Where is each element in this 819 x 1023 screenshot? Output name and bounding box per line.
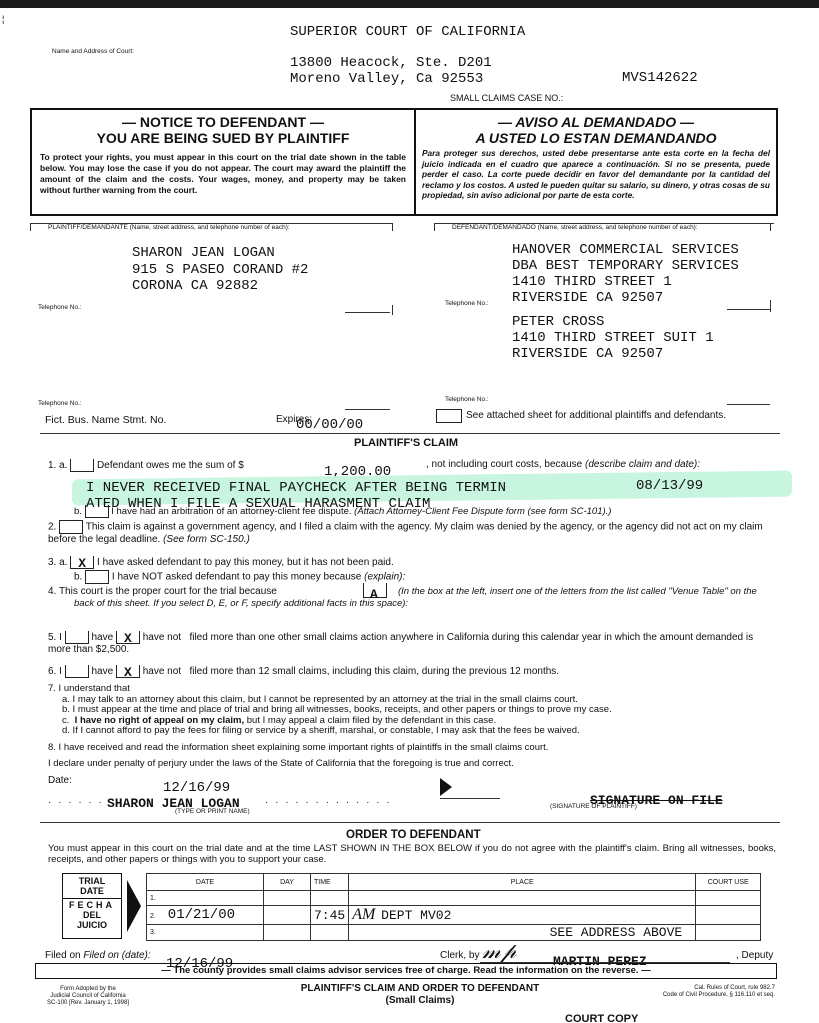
defendant-address2a: 1410 THIRD STREET SUIT 1 xyxy=(512,330,739,346)
claim-item-1a: 1. a. Defendant owes me the sum of $ xyxy=(48,459,244,472)
trial-arrow-icon xyxy=(127,880,141,932)
trial-place-row3: SEE ADDRESS ABOVE xyxy=(550,925,693,940)
item3b-checkbox[interactable] xyxy=(85,570,109,584)
defendant-address1a: 1410 THIRD STREET 1 xyxy=(512,274,739,290)
defendant-info: HANOVER COMMERCIAL SERVICES DBA BEST TEM… xyxy=(512,242,739,362)
plaintiff-info: SHARON JEAN LOGAN 915 S PASEO CORAND #2 … xyxy=(132,245,308,295)
claim-item-8: 8. I have received and read the informat… xyxy=(48,742,548,754)
order-body: You must appear in this court on the tri… xyxy=(48,843,776,865)
notice-en-title2: YOU ARE BEING SUED BY PLAINTIFF xyxy=(32,130,414,146)
col-place: PLACE xyxy=(349,874,696,891)
court-address-line2: Moreno Valley, Ca 92553 xyxy=(290,71,492,87)
item2-checkbox[interactable] xyxy=(59,520,83,534)
claim-item-1a-suffix: , not including court costs, because (de… xyxy=(426,459,700,471)
item6-have-not-checkbox[interactable]: X xyxy=(116,665,140,678)
signature-arrow-icon xyxy=(440,778,452,796)
notice-english-box: — NOTICE TO DEFENDANT — YOU ARE BEING SU… xyxy=(30,108,416,216)
defendant-name2: PETER CROSS xyxy=(512,314,739,330)
clerk-initials: 𝓂𝓅 xyxy=(482,938,516,964)
signature-value[interactable]: SIGNATURE ON FILE xyxy=(590,793,723,808)
claim-item-1b: b. I have had an arbitration of an attor… xyxy=(74,505,611,518)
notice-es-title1: — AVISO AL DEMANDADO — xyxy=(416,114,776,130)
item5-have-not-checkbox[interactable]: X xyxy=(116,631,140,644)
cursor-mark: ¦ xyxy=(2,14,4,24)
item3a-mark: X xyxy=(78,558,86,570)
defendant-telephone-label: Telephone No.: xyxy=(445,300,489,307)
top-bar xyxy=(0,0,819,8)
plaintiff-telephone-label: Telephone No.: xyxy=(38,304,82,311)
plaintiff-address1: 915 S PASEO CORAND #2 xyxy=(132,262,308,279)
defendant-name1: HANOVER COMMERCIAL SERVICES xyxy=(512,242,739,258)
defendant-address2b: RIVERSIDE CA 92507 xyxy=(512,346,739,362)
defendant-label: DEFENDANT/DEMANDADO (Name, street addres… xyxy=(452,224,698,231)
item1a-checkbox[interactable] xyxy=(70,459,94,472)
claim-item-3b: b. I have NOT asked defendant to pay thi… xyxy=(74,570,405,584)
form-adopted: Form Adopted by the Judicial Council of … xyxy=(38,986,138,1007)
trial-row-2: 2. 01/21/00 7:45 AM DEPT MV02 xyxy=(147,906,761,925)
claim-description-line1: I NEVER RECEIVED FINAL PAYCHECK AFTER BE… xyxy=(86,480,506,496)
trial-date-value: 01/21/00 xyxy=(168,907,235,923)
fict-bus-label: Fict. Bus. Name Stmt. No. xyxy=(45,414,166,426)
trial-place-value: DEPT MV02 xyxy=(381,908,451,923)
filed-label: Filed on Filed on (date): xyxy=(45,950,151,961)
item1b-checkbox[interactable] xyxy=(85,505,109,518)
trial-ampm: AM xyxy=(352,906,375,923)
trial-time-value: 7:45 xyxy=(314,908,345,923)
notice-en-title1: — NOTICE TO DEFENDANT — xyxy=(32,114,414,130)
notice-es-title2: A USTED LO ESTAN DEMANDANDO xyxy=(416,130,776,146)
court-address: 13800 Heacock, Ste. D201 Moreno Valley, … xyxy=(290,55,492,87)
deputy-label: , Deputy xyxy=(736,950,773,961)
item3a-checkbox[interactable]: X xyxy=(70,556,94,569)
plaintiff-address2: CORONA CA 92882 xyxy=(132,278,308,295)
col-court-use: COURT USE xyxy=(696,874,761,891)
rules-citation: Cal. Rules of Court, rule 982.7 Code of … xyxy=(620,985,775,999)
defendant-address1b: RIVERSIDE CA 92507 xyxy=(512,290,739,306)
order-title: ORDER TO DEFENDANT xyxy=(346,829,481,841)
claim-description-date: 08/13/99 xyxy=(636,478,703,494)
claim-title: PLAINTIFF'S CLAIM xyxy=(354,437,458,449)
claim-item-4-instructions: (In the box at the left, insert one of t… xyxy=(74,586,774,610)
item6-have-checkbox[interactable] xyxy=(65,665,89,678)
defendant-telephone-label-2: Telephone No.: xyxy=(445,396,489,403)
court-address-line1: 13800 Heacock, Ste. D201 xyxy=(290,55,492,71)
claim-item-3a: 3. a. X I have asked defendant to pay th… xyxy=(48,556,394,569)
printed-name-dots: · · · · · · xyxy=(48,797,104,808)
claim-item-6: 6. I have X have not filed more than 12 … xyxy=(48,665,559,678)
attached-sheet-checkbox[interactable] xyxy=(436,409,462,423)
plaintiff-telephone-label-2: Telephone No.: xyxy=(38,400,82,407)
expires-value: 00/00/00 xyxy=(296,417,363,433)
trial-date-label-box: TRIAL DATE FECHA DEL JUICIO xyxy=(62,873,122,939)
claim-item-7: 7. I understand that a. I may talk to an… xyxy=(48,684,612,737)
attached-sheet-text: See attached sheet for additional plaint… xyxy=(466,410,726,421)
col-date: DATE xyxy=(147,874,264,891)
printed-name-label: (TYPE OR PRINT NAME) xyxy=(175,808,250,815)
trial-row-1: 1. xyxy=(147,891,761,906)
clerk-label: Clerk, by xyxy=(440,950,479,961)
advisor-notice: — The county provides small claims advis… xyxy=(35,963,777,979)
court-copy-label: COURT COPY xyxy=(565,1013,638,1023)
item5-have-checkbox[interactable] xyxy=(65,631,89,644)
claim-item-5: 5. I have X have not filed more than one… xyxy=(48,631,778,656)
form-title: PLAINTIFF'S CLAIM AND ORDER TO DEFENDANT… xyxy=(270,983,570,1007)
plaintiff-name: SHARON JEAN LOGAN xyxy=(132,245,308,262)
notice-en-body: To protect your rights, you must appear … xyxy=(40,152,406,196)
col-day: DAY xyxy=(264,874,311,891)
trial-table: DATE DAY TIME PLACE COURT USE 1. 2. 01/2… xyxy=(146,873,761,941)
court-label: Name and Address of Court: xyxy=(52,48,134,55)
plaintiff-label: PLAINTIFF/DEMANDANTE (Name, street addre… xyxy=(48,224,290,231)
declaration: I declare under penalty of perjury under… xyxy=(48,758,514,770)
court-title: SUPERIOR COURT OF CALIFORNIA xyxy=(290,24,525,40)
col-time: TIME xyxy=(311,874,349,891)
notice-spanish-box: — AVISO AL DEMANDADO — A USTED LO ESTAN … xyxy=(414,108,778,216)
case-number: MVS142622 xyxy=(622,70,698,86)
date-label: Date: xyxy=(48,775,72,786)
defendant-dba: DBA BEST TEMPORARY SERVICES xyxy=(512,258,739,274)
date-value: 12/16/99 xyxy=(163,780,230,796)
trial-row-3: 3. SEE ADDRESS ABOVE xyxy=(147,925,761,941)
case-number-label: SMALL CLAIMS CASE NO.: xyxy=(450,93,563,103)
claim-item-2: 2. This claim is against a government ag… xyxy=(48,520,788,546)
notice-es-body: Para proteger sus derechos, usted debe p… xyxy=(422,148,770,201)
